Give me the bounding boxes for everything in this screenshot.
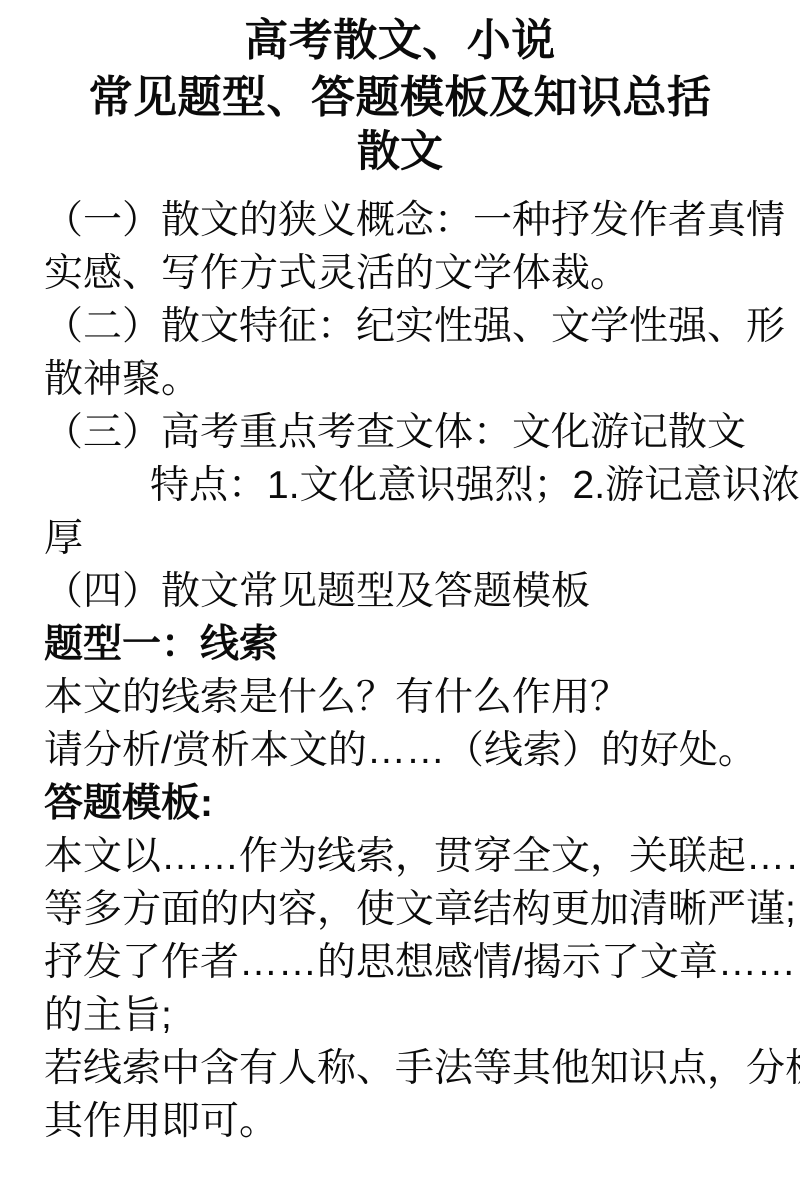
doc-title-line-2: 常见题型、答题模板及知识总括: [0, 69, 800, 126]
doc-line-question-example-1: 本文的线索是什么？有什么作用？: [44, 671, 768, 724]
doc-line-genre-traits-2: 厚: [44, 512, 768, 565]
doc-section-title: 散文: [0, 126, 800, 179]
doc-line-template-6: 其作用即可。: [44, 1095, 768, 1148]
doc-line-template-3: 抒发了作者……的思想感情/揭示了文章……: [44, 936, 768, 989]
doc-line-question-example-2: 请分析/赏析本文的……（线索）的好处。: [44, 724, 768, 777]
doc-line-template-4: 的主旨;: [44, 989, 768, 1042]
doc-line-template-5: 若线索中含有人称、手法等其他知识点，分析: [44, 1042, 768, 1095]
doc-line-template-2: 等多方面的内容，使文章结构更加清晰严谨;: [44, 883, 768, 936]
doc-line-genre-traits-1: 特点：1.文化意识强烈；2.游记意识浓: [44, 459, 768, 512]
doc-body: （一）散文的狭义概念：一种抒发作者真情 实感、写作方式灵活的文学体裁。 （二）散…: [0, 194, 800, 1148]
doc-line-concept-1: （一）散文的狭义概念：一种抒发作者真情: [44, 194, 768, 247]
doc-line-exam-genre: （三）高考重点考查文体：文化游记散文: [44, 406, 768, 459]
doc-line-features-1: （二）散文特征：纪实性强、文学性强、形: [44, 300, 768, 353]
doc-heading-question-type-1: 题型一：线索: [44, 618, 768, 671]
doc-header: 高考散文、小说 常见题型、答题模板及知识总括 散文: [0, 0, 800, 179]
doc-heading-answer-template: 答题模板:: [44, 777, 768, 830]
doc-line-concept-2: 实感、写作方式灵活的文学体裁。: [44, 247, 768, 300]
doc-line-template-1: 本文以……作为线索，贯穿全文，关联起……: [44, 830, 768, 883]
document-page: 高考散文、小说 常见题型、答题模板及知识总括 散文 （一）散文的狭义概念：一种抒…: [0, 0, 800, 1198]
doc-title-line-1: 高考散文、小说: [0, 12, 800, 69]
doc-line-question-types-intro: （四）散文常见题型及答题模板: [44, 565, 768, 618]
doc-line-features-2: 散神聚。: [44, 353, 768, 406]
